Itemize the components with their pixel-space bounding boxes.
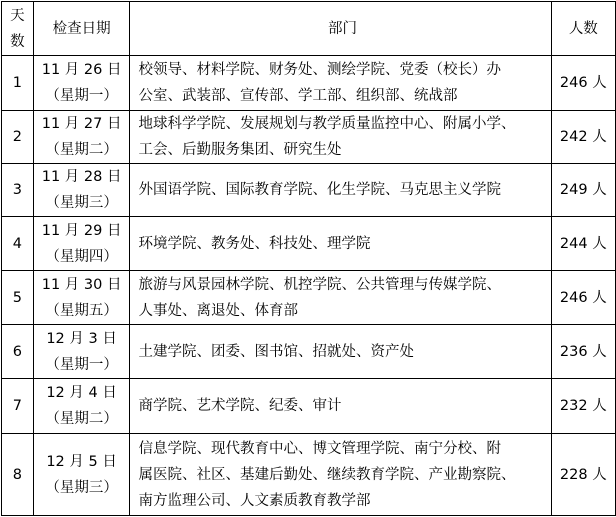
weekday-text: （星期五） — [34, 298, 130, 324]
headcount: 236 人 — [551, 325, 615, 379]
department-line: 信息学院、现代教育中心、博文管理学院、南宁分校、附 — [138, 436, 546, 462]
weekday-text: （星期三） — [34, 190, 130, 216]
department-line: 人事处、离退处、体育部 — [138, 298, 546, 324]
day-number: 4 — [2, 217, 34, 271]
table-row: 1 11 月 26 日 （星期一） 校领导、材料学院、财务处、测绘学院、党委（校… — [2, 56, 616, 111]
day-number: 8 — [2, 434, 34, 516]
department-line: 环境学院、教务处、科技处、理学院 — [138, 231, 546, 257]
headcount: 249 人 — [551, 164, 615, 217]
department-line: 校领导、材料学院、财务处、测绘学院、党委（校长）办 — [138, 57, 546, 83]
headcount: 242 人 — [551, 111, 615, 164]
inspection-schedule-table: 天 数 检查日期 部门 人数 1 11 月 26 日 （星期一） 校领导、材料学… — [1, 1, 616, 516]
header-inspection-date: 检查日期 — [33, 2, 130, 56]
department-cell: 旅游与风景园林学院、机控学院、公共管理与传媒学院、 人事处、离退处、体育部 — [130, 271, 551, 325]
header-day-count: 天 数 — [2, 2, 34, 56]
department-cell: 校领导、材料学院、财务处、测绘学院、党委（校长）办 公室、武装部、宣传部、学工部… — [130, 56, 551, 111]
table-row: 5 11 月 30 日 （星期五） 旅游与风景园林学院、机控学院、公共管理与传媒… — [2, 271, 616, 325]
header-day-line-2: 数 — [2, 29, 33, 55]
weekday-text: （星期二） — [34, 137, 130, 163]
department-line: 南方监理公司、人文素质教育教学部 — [138, 488, 546, 514]
department-cell: 外国语学院、国际教育学院、化生学院、马克思主义学院 — [130, 164, 551, 217]
date-cell: 11 月 30 日 （星期五） — [33, 271, 130, 325]
weekday-text: （星期四） — [34, 244, 130, 270]
department-cell: 土建学院、团委、图书馆、招就处、资产处 — [130, 325, 551, 379]
header-department: 部门 — [130, 2, 551, 56]
date-text: 11 月 30 日 — [34, 272, 130, 298]
headcount: 246 人 — [551, 56, 615, 111]
date-text: 12 月 4 日 — [34, 380, 130, 406]
date-text: 11 月 27 日 — [34, 111, 130, 137]
department-line: 属医院、社区、基建后勤处、继续教育学院、产业勘察院、 — [138, 462, 546, 488]
date-cell: 11 月 27 日 （星期二） — [33, 111, 130, 164]
department-cell: 地球科学学院、发展规划与教学质量监控中心、附属小学、 工会、后勤服务集团、研究生… — [130, 111, 551, 164]
weekday-text: （星期一） — [34, 83, 130, 109]
department-line: 旅游与风景园林学院、机控学院、公共管理与传媒学院、 — [138, 272, 546, 298]
department-line: 地球科学学院、发展规划与教学质量监控中心、附属小学、 — [138, 111, 546, 137]
date-cell: 12 月 4 日 （星期二） — [33, 379, 130, 434]
department-cell: 环境学院、教务处、科技处、理学院 — [130, 217, 551, 271]
weekday-text: （星期三） — [34, 475, 130, 501]
department-line: 公室、武装部、宣传部、学工部、组织部、统战部 — [138, 83, 546, 109]
date-text: 11 月 26 日 — [34, 57, 130, 83]
date-text: 12 月 5 日 — [34, 449, 130, 475]
table-row: 7 12 月 4 日 （星期二） 商学院、艺术学院、纪委、审计 232 人 — [2, 379, 616, 434]
department-cell: 商学院、艺术学院、纪委、审计 — [130, 379, 551, 434]
weekday-text: （星期一） — [34, 352, 130, 378]
table-row: 3 11 月 28 日 （星期三） 外国语学院、国际教育学院、化生学院、马克思主… — [2, 164, 616, 217]
department-line: 土建学院、团委、图书馆、招就处、资产处 — [138, 339, 546, 365]
department-cell: 信息学院、现代教育中心、博文管理学院、南宁分校、附 属医院、社区、基建后勤处、继… — [130, 434, 551, 516]
day-number: 6 — [2, 325, 34, 379]
table-row: 6 12 月 3 日 （星期一） 土建学院、团委、图书馆、招就处、资产处 236… — [2, 325, 616, 379]
date-cell: 11 月 26 日 （星期一） — [33, 56, 130, 111]
department-line: 工会、后勤服务集团、研究生处 — [138, 137, 546, 163]
header-headcount: 人数 — [551, 2, 615, 56]
department-line: 商学院、艺术学院、纪委、审计 — [138, 393, 546, 419]
day-number: 1 — [2, 56, 34, 111]
headcount: 244 人 — [551, 217, 615, 271]
day-number: 5 — [2, 271, 34, 325]
day-number: 7 — [2, 379, 34, 434]
date-cell: 12 月 3 日 （星期一） — [33, 325, 130, 379]
date-cell: 11 月 28 日 （星期三） — [33, 164, 130, 217]
date-text: 11 月 29 日 — [34, 218, 130, 244]
day-number: 2 — [2, 111, 34, 164]
headcount: 228 人 — [551, 434, 615, 516]
table-row: 2 11 月 27 日 （星期二） 地球科学学院、发展规划与教学质量监控中心、附… — [2, 111, 616, 164]
header-row: 天 数 检查日期 部门 人数 — [2, 2, 616, 56]
department-line: 外国语学院、国际教育学院、化生学院、马克思主义学院 — [138, 177, 546, 203]
headcount: 246 人 — [551, 271, 615, 325]
header-day-line-1: 天 — [2, 3, 33, 29]
table-row: 8 12 月 5 日 （星期三） 信息学院、现代教育中心、博文管理学院、南宁分校… — [2, 434, 616, 516]
day-number: 3 — [2, 164, 34, 217]
table-row: 4 11 月 29 日 （星期四） 环境学院、教务处、科技处、理学院 244 人 — [2, 217, 616, 271]
date-text: 12 月 3 日 — [34, 326, 130, 352]
date-cell: 11 月 29 日 （星期四） — [33, 217, 130, 271]
date-text: 11 月 28 日 — [34, 164, 130, 190]
weekday-text: （星期二） — [34, 406, 130, 432]
headcount: 232 人 — [551, 379, 615, 434]
date-cell: 12 月 5 日 （星期三） — [33, 434, 130, 516]
